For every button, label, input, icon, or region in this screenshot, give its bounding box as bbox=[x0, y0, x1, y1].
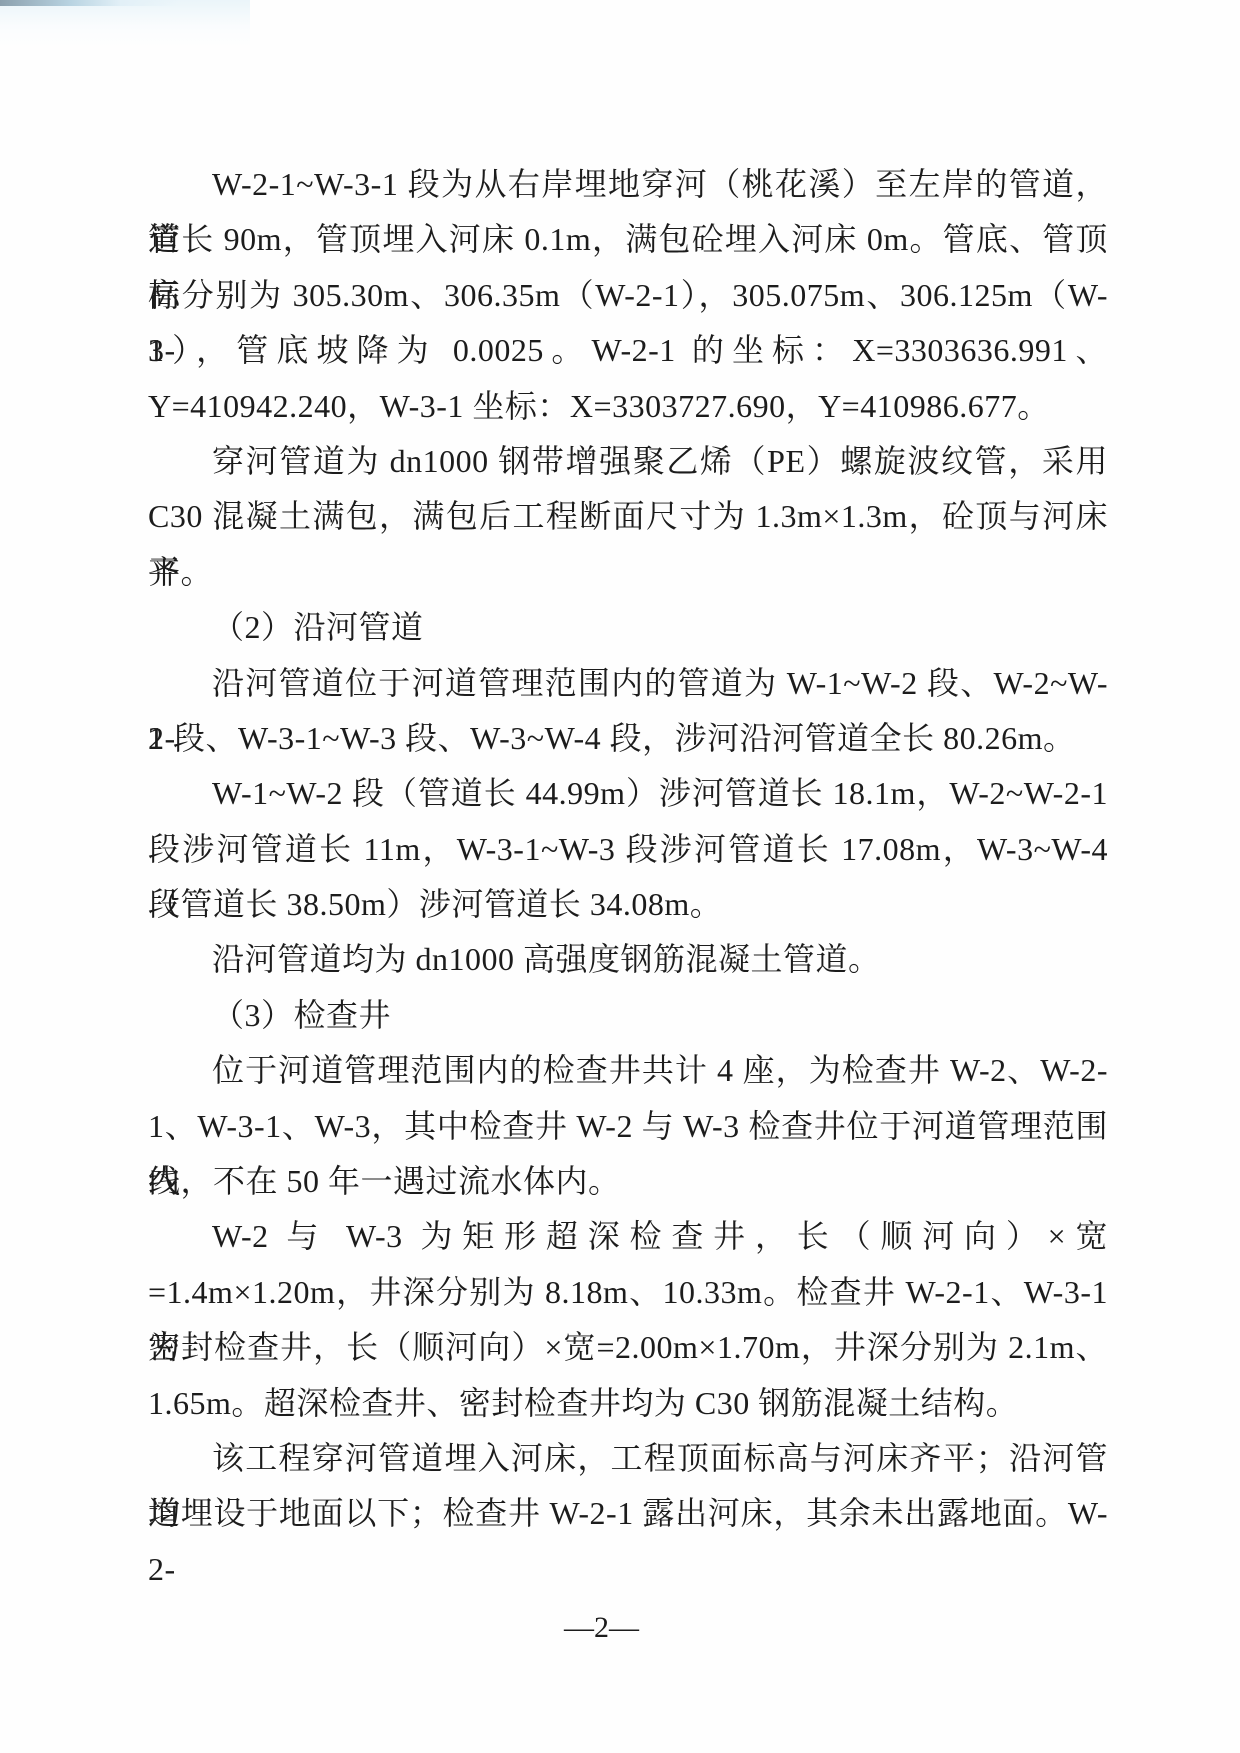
text-line: 齐。 bbox=[148, 545, 1108, 600]
page-number: —2— bbox=[0, 1608, 1203, 1648]
text-line: W-2 与 W-3 为矩形超深检查井，长（顺河向）×宽 bbox=[148, 1209, 1108, 1264]
section-heading-inspection-well: （3）检查井 bbox=[148, 988, 1108, 1043]
text-line: （管道长 38.50m）涉河管道长 34.08m。 bbox=[148, 877, 1108, 932]
text-line: Y=410942.240，W-3-1 坐标：X=3303727.690，Y=41… bbox=[148, 379, 1108, 434]
text-line: 道长 90m，管顶埋入河床 0.1m，满包砼埋入河床 0m。管底、管顶标 bbox=[148, 212, 1108, 267]
scan-edge-artifact bbox=[0, 0, 178, 6]
text-line: W-2-1~W-3-1 段为从右岸埋地穿河（桃花溪）至左岸的管道，管 bbox=[148, 157, 1108, 212]
text-line: 穿河管道为 dn1000 钢带增强聚乙烯（PE）螺旋波纹管，采用 bbox=[148, 434, 1108, 489]
text-line: 沿河管道均为 dn1000 高强度钢筋混凝土管道。 bbox=[148, 932, 1108, 987]
text-line: 1），管底坡降为 0.0025。W-2-1 的坐标：X=3303636.991、 bbox=[148, 323, 1108, 378]
text-line: 1 段、W-3-1~W-3 段、W-3~W-4 段，涉河沿河管道全长 80.26… bbox=[148, 711, 1108, 766]
section-heading-yanhe-pipeline: （2）沿河管道 bbox=[148, 600, 1108, 655]
document-body: W-2-1~W-3-1 段为从右岸埋地穿河（桃花溪）至左岸的管道，管 道长 90… bbox=[148, 157, 1108, 1542]
text-line: 内，不在 50 年一遇过流水体内。 bbox=[148, 1154, 1108, 1209]
scan-haze-artifact bbox=[0, 0, 250, 48]
text-line: 位于河道管理范围内的检查井共计 4 座，为检查井 W-2、W-2- bbox=[148, 1043, 1108, 1098]
text-line: 1、W-3-1、W-3，其中检查井 W-2 与 W-3 检查井位于河道管理范围线 bbox=[148, 1099, 1108, 1154]
text-line: 沿河管道位于河道管理范围内的管道为 W-1~W-2 段、W-2~W-2- bbox=[148, 656, 1108, 711]
text-line: 段涉河管道长 11m，W-3-1~W-3 段涉河管道长 17.08m，W-3~W… bbox=[148, 822, 1108, 877]
text-line: 均埋设于地面以下；检查井 W-2-1 露出河床，其余未出露地面。W-2- bbox=[148, 1486, 1108, 1541]
text-line: 密封检查井，长（顺河向）×宽=2.00m×1.70m，井深分别为 2.1m、 bbox=[148, 1320, 1108, 1375]
document-page: W-2-1~W-3-1 段为从右岸埋地穿河（桃花溪）至左岸的管道，管 道长 90… bbox=[0, 0, 1240, 1753]
text-line: =1.4m×1.20m，井深分别为 8.18m、10.33m。检查井 W-2-1… bbox=[148, 1265, 1108, 1320]
text-line: W-1~W-2 段（管道长 44.99m）涉河管道长 18.1m，W-2~W-2… bbox=[148, 766, 1108, 821]
text-line: 高分别为 305.30m、306.35m（W-2-1），305.075m、306… bbox=[148, 268, 1108, 323]
text-line: C30 混凝土满包，满包后工程断面尺寸为 1.3m×1.3m，砼顶与河床平 bbox=[148, 489, 1108, 544]
text-line: 1.65m。超深检查井、密封检查井均为 C30 钢筋混凝土结构。 bbox=[148, 1376, 1108, 1431]
text-line: 该工程穿河管道埋入河床，工程顶面标高与河床齐平；沿河管道 bbox=[148, 1431, 1108, 1486]
